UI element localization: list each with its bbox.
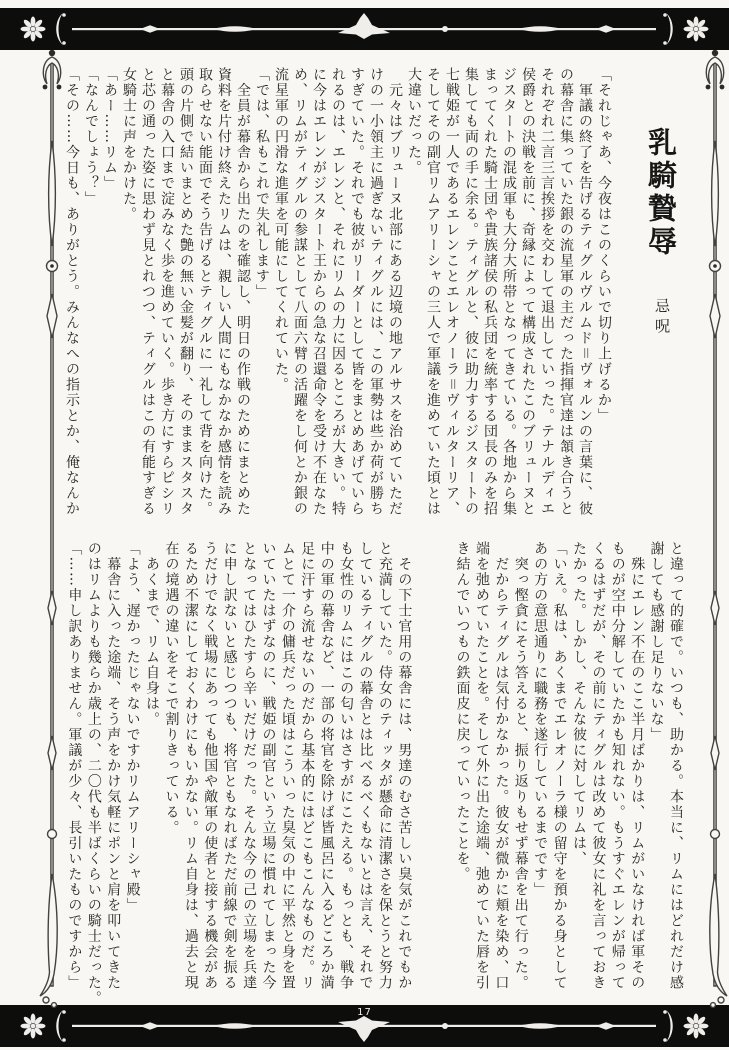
text-column: 中の軍の幕舎など、一部の将官を除けば皆風呂に入るどころか満 — [316, 541, 335, 1013]
text-column: まってくれた騎士団や貴族諸侯の私兵団を統率する団長のみを招 — [480, 67, 499, 525]
flower-icon — [21, 17, 46, 42]
crescent-icon — [56, 13, 66, 45]
text-column: 突っ慳貪にそう答えると、振り返りもせず幕舎を出て行った。 — [510, 541, 529, 1013]
text-column: れるのは、エレンと、それにリムの力に因るところが大きい。特 — [328, 67, 347, 525]
crown-center — [338, 13, 390, 39]
text-column: そしてその副官リムアリーシャの三人で軍議を進めていた頃とは — [423, 67, 442, 525]
text-column: と充満していた。侍女のティッタが懸命に清潔さを保とうと努力 — [375, 541, 394, 1013]
text-column: ジスタートの混成軍も大分大所帯となってきている。各地から集 — [499, 67, 518, 525]
text-column: 軍議の終了を告げるティグルヴルムド＝ヴォルンの言葉に、彼 — [575, 67, 594, 525]
text-column: 七戦姫が一人であるエレンことエレオノーラ＝ヴィルターリア、 — [442, 67, 461, 525]
text-column: るため不潔にしておくわけにもいかない。リム自身は、過去と現 — [180, 541, 199, 1013]
text-column: となってはひたすら辛いだけだった。そんな今の己の立場を兵達 — [239, 541, 258, 1013]
story-title: 乳騎贄辱 — [641, 127, 682, 259]
text-column: あくまで、リム自身は。 — [142, 541, 161, 1013]
text-column: それぞれ二言三言挨拶を交わして退出していった。テナルディエ — [537, 67, 556, 525]
text-column: すぎていた。それでも彼がリーダーとして皆をまとめあげていら — [347, 67, 366, 525]
text-column: ムとて一介の傭兵だった頃はこういった臭気の中に平然と身を置 — [277, 541, 296, 1013]
text-block-bottom: と違って的確で。いつも、助かる。本当に、リムにはどれだけ感謝しても感謝し足りない… — [63, 541, 685, 1013]
text-column: と芯の通った姿に思わず見とれつつ、ティグルはこの有能すぎる — [138, 67, 157, 525]
text-column: 謝しても感謝し足りないな」 — [646, 541, 665, 1013]
text-column: 「いえ。私は、あくまでエレオノーラ様の留守を預かる身として — [549, 541, 568, 1013]
text-column: うだけでなく戦場にあっても他国や敵軍の使者と接する機会があ — [200, 541, 219, 1013]
text-column: と違って的確で。いつも、助かる。本当に、リムにはどれだけ感 — [666, 541, 685, 1013]
crown-center — [338, 1016, 390, 1042]
author-name: 忌呪 — [652, 298, 673, 338]
text-column: 「よう、遅かったじゃないですかリムアリーシャ殿」 — [122, 541, 141, 1013]
text-column: 足に汗すら流せないのだから基本的にはどこもこんなものだ。リ — [297, 541, 316, 1013]
text-column: め、リムがティグルの参謀として八面六臂の活躍をし何とか銀の — [290, 67, 309, 525]
novel-page: 17 — [0, 0, 729, 1050]
text-column: き結んでいつもの鉄面皮に戻っていったことを。 — [452, 541, 471, 1013]
text-column: しているティグルの幕舎とは比べるべくもないとは言え、それで — [355, 541, 374, 1013]
top-border-band — [0, 8, 729, 50]
text-column: 殊にエレン不在のここ半月ばかりは、リムがいなければ軍その — [627, 541, 646, 1013]
text-column: のはリムよりも幾らか歳上の、二〇代も半ばくらいの騎士だった。 — [83, 541, 102, 1013]
text-column: いていたはずなのに、戦姫の副官という立場に慣れてしまった今 — [258, 541, 277, 1013]
text-column: 「あー……リム」 — [100, 67, 119, 525]
text-column: も女性のリムにはこの匂いはさすがにこたえる。もっとも、戦争 — [336, 541, 355, 1013]
text-column: 幕舎に入った途端、そう声をかけ気軽にポンと肩を叩いてきた — [103, 541, 122, 1013]
page-number: 17 — [0, 1007, 729, 1018]
text-column: 流星軍の円滑な進軍を可能にしてくれていた。 — [271, 67, 290, 525]
text-column: に申し訳ないと感じつつも、将官ともなればただ前線で剣を振る — [219, 541, 238, 1013]
text-column: その下士官用の幕舎には、男達のむさ苦しい臭気がこれでもか — [394, 541, 413, 1013]
text-column: 侯爵との決戦を前に、奇縁によって構成されたこのブリューヌと — [518, 67, 537, 525]
text-column: だからティグルは気付かなかった。彼女が微かに頬を染め、口 — [491, 541, 510, 1013]
text-column: 頭の片側で結いまとめた艶の無い金髪が翻り、そのままスタスタ — [176, 67, 195, 525]
text-column: の幕舎に集っていた銀の流星軍の主だった指揮官達は頷き合うと — [556, 67, 575, 525]
text-column: あの方の意思通りに職務を遂行しているまでです」 — [530, 541, 549, 1013]
top-band-ornament-icon — [0, 8, 729, 50]
text-column: ものが空中分解していたかも知れない。もうすぐエレンが帰って — [607, 541, 626, 1013]
text-column: 在の境遇の違いをそこで割りきっている。 — [161, 541, 180, 1013]
text-column: と幕舎の入口まで淀みなく歩を進めていく。歩き方にすらピシリ — [157, 67, 176, 525]
text-column: くるはずだが、その前にティグルは改めて彼女に礼を言っておき — [588, 541, 607, 1013]
text-column: 元々はブリューヌ北部にある辺境の地アルサスを治めていただ — [385, 67, 404, 525]
text-column: 資料を片付け終えたリムは、親しい人間にもなかなか感情を読み — [214, 67, 233, 525]
text-column — [433, 541, 452, 1013]
text-block-top: 「それじゃあ、今夜はこのくらいで切り上げるか」 軍議の終了を告げるティグルヴルム… — [60, 67, 613, 525]
text-column: 全員が幕舎から出たのを確認し、明日の作戦のためにまとめた — [233, 67, 252, 525]
text-column: に今はエレンがジスタート王からの急な召還命令を受け不在なた — [309, 67, 328, 525]
text-column: 「なんでしょう？」 — [81, 67, 100, 525]
text-column: 集しても両の手に余る。ティグルと、彼に助力するジスタートの — [461, 67, 480, 525]
text-column: たかった。しかし、そんな彼に対してリムは、 — [569, 541, 588, 1013]
text-column: 「それじゃあ、今夜はこのくらいで切り上げるか」 — [594, 67, 613, 525]
left-spear-border-icon — [36, 46, 68, 1011]
text-column: けの一小領主に過ぎないティグルには、この軍勢は些か荷が勝ち — [366, 67, 385, 525]
text-column: 「では、私もこれで失礼します」 — [252, 67, 271, 525]
text-column: 取らせない能面でそう告げるとティグルに一礼して背を向けた。 — [195, 67, 214, 525]
right-spear-border-icon — [699, 46, 729, 1011]
text-column — [413, 541, 432, 1013]
crescent-icon — [663, 13, 673, 45]
flower-icon — [684, 17, 709, 42]
text-column: 大違いだった。 — [404, 67, 423, 525]
text-column: 女騎士に声をかけた。 — [119, 67, 138, 525]
text-column: 端を弛めていたことを。そして外に出た途端、弛めていた唇を引 — [472, 541, 491, 1013]
